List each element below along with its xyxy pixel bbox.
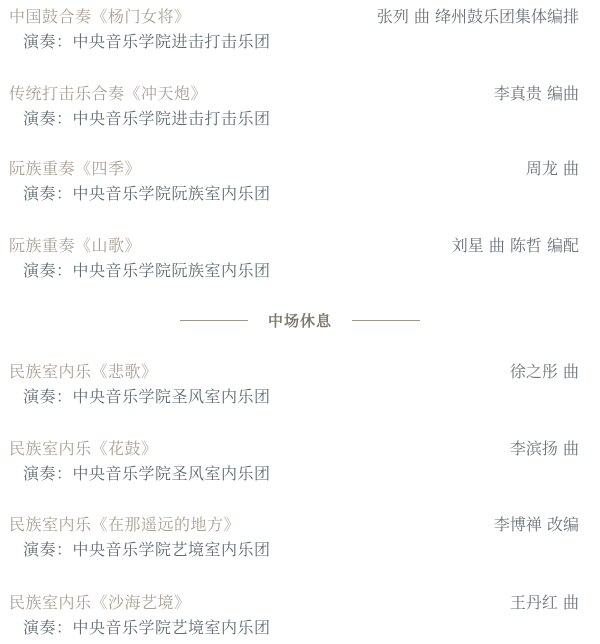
piece-performer: 演奏：中央音乐学院圣风室内乐团: [23, 386, 271, 408]
piece-performer: 演奏：中央音乐学院阮族室内乐团: [23, 260, 271, 282]
piece-title: 民族室内乐《花鼓》: [9, 438, 158, 460]
piece-title: 民族室内乐《悲歌》: [9, 361, 158, 383]
program-item: 民族室内乐《沙海艺境》 王丹红 曲 演奏：中央音乐学院艺境室内乐团: [0, 589, 600, 639]
piece-title: 传统打击乐合奏《冲天炮》: [9, 83, 207, 105]
program-item: 民族室内乐《在那遥远的地方》 李博禅 改编 演奏：中央音乐学院艺境室内乐团: [0, 511, 600, 561]
piece-title: 民族室内乐《沙海艺境》: [9, 592, 191, 614]
program-item: 阮族重奏《山歌》 刘星 曲 陈哲 编配 演奏：中央音乐学院阮族室内乐团: [0, 232, 600, 282]
piece-performer: 演奏：中央音乐学院圣风室内乐团: [23, 463, 271, 485]
piece-performer: 演奏：中央音乐学院进击打击乐团: [23, 108, 271, 130]
piece-composer: 刘星 曲 陈哲 编配: [452, 235, 579, 257]
piece-composer: 王丹红 曲: [510, 592, 579, 614]
intermission-divider: 中场休息: [0, 306, 600, 334]
divider-line-left: [180, 320, 248, 321]
piece-composer: 李滨扬 曲: [510, 438, 579, 460]
piece-title: 阮族重奏《山歌》: [9, 235, 141, 257]
divider-line-right: [352, 320, 420, 321]
piece-performer: 演奏：中央音乐学院艺境室内乐团: [23, 539, 271, 561]
program-item: 阮族重奏《四季》 周龙 曲 演奏：中央音乐学院阮族室内乐团: [0, 155, 600, 205]
piece-composer: 李博禅 改编: [494, 514, 579, 536]
piece-composer: 周龙 曲: [526, 158, 579, 180]
program-item: 民族室内乐《花鼓》 李滨扬 曲 演奏：中央音乐学院圣风室内乐团: [0, 435, 600, 485]
program-item: 民族室内乐《悲歌》 徐之彤 曲 演奏：中央音乐学院圣风室内乐团: [0, 358, 600, 408]
intermission-label: 中场休息: [268, 310, 332, 331]
piece-title: 阮族重奏《四季》: [9, 158, 141, 180]
program-item: 中国鼓合奏《杨门女将》 张列 曲 绛州鼓乐团集体编排 演奏：中央音乐学院进击打击…: [0, 3, 600, 53]
piece-title: 民族室内乐《在那遥远的地方》: [9, 514, 240, 536]
piece-performer: 演奏：中央音乐学院进击打击乐团: [23, 31, 271, 53]
piece-title: 中国鼓合奏《杨门女将》: [9, 6, 191, 28]
piece-composer: 张列 曲 绛州鼓乐团集体编排: [377, 6, 579, 28]
piece-composer: 李真贵 编曲: [494, 83, 579, 105]
piece-performer: 演奏：中央音乐学院艺境室内乐团: [23, 617, 271, 639]
program-item: 传统打击乐合奏《冲天炮》 李真贵 编曲 演奏：中央音乐学院进击打击乐团: [0, 80, 600, 130]
piece-composer: 徐之彤 曲: [510, 361, 579, 383]
piece-performer: 演奏：中央音乐学院阮族室内乐团: [23, 183, 271, 205]
